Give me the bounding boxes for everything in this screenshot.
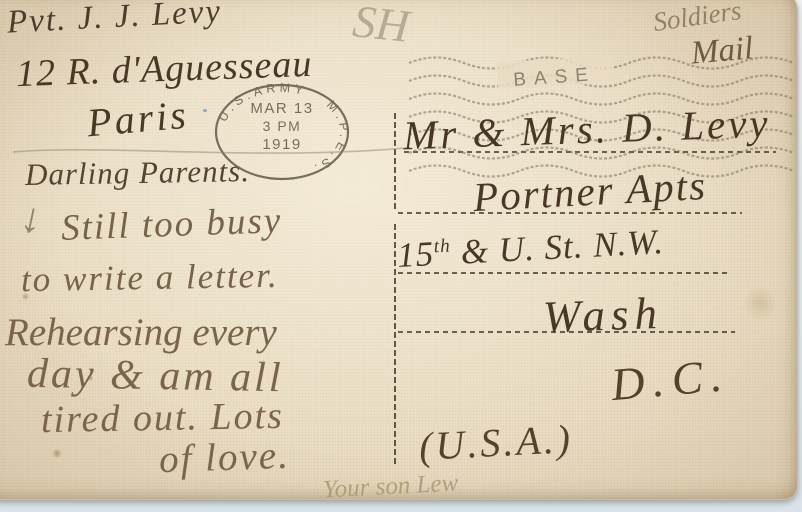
soldiers-mail-note-line2: Mail	[690, 30, 755, 72]
message-line: Still too busy	[60, 199, 283, 250]
center-divider-line	[394, 224, 396, 467]
down-arrow-mark: ↓	[16, 193, 47, 244]
cancel-base-panel	[496, 56, 613, 89]
message-line: Rehearsing every	[5, 310, 277, 355]
street-rest: & U. St. N.W.	[450, 222, 665, 272]
recipient-country: (U.S.A.)	[418, 415, 574, 470]
recipient-city: Wash	[542, 287, 664, 343]
wavy-line	[409, 76, 794, 87]
postmark-year: 1919	[262, 136, 301, 153]
postcard-back: Pvt. J. J. Levy 12 R. d'Aguesseau Paris …	[0, 0, 798, 500]
street-ordinal: th	[433, 236, 451, 258]
sender-name: Pvt. J. J. Levy	[6, 0, 223, 42]
foxing-spot	[51, 449, 63, 458]
pencil-stroke	[13, 148, 406, 153]
cancel-base-label: BASE	[513, 64, 597, 91]
message-signature: Your son Lew	[322, 469, 459, 504]
postmark-date: MAR 13	[250, 100, 313, 117]
postmark-arc-text: M.P.E.S.	[309, 98, 351, 177]
foxing-spot	[21, 293, 30, 300]
postcard-scan: Pvt. J. J. Levy 12 R. d'Aguesseau Paris …	[0, 0, 802, 512]
blue-ink-fleck	[203, 109, 207, 112]
sender-street: 12 R. d'Aguesseau	[15, 42, 313, 96]
foxing-spot	[87, 375, 94, 381]
street-number: 15	[396, 234, 435, 275]
smudge-spot	[745, 283, 775, 323]
recipient-district: D.C.	[609, 348, 732, 411]
center-divider-line	[394, 113, 396, 210]
recipient-street: 15th & U. St. N.W.	[396, 222, 665, 276]
sender-city: Paris	[85, 91, 190, 147]
postmark-time: 3 PM	[263, 118, 302, 134]
pencil-initials-mark: SH	[350, 0, 411, 53]
message-line: of love.	[158, 433, 290, 483]
message-greeting: Darling Parents.	[25, 153, 251, 193]
message-line: to write a letter.	[21, 256, 279, 300]
